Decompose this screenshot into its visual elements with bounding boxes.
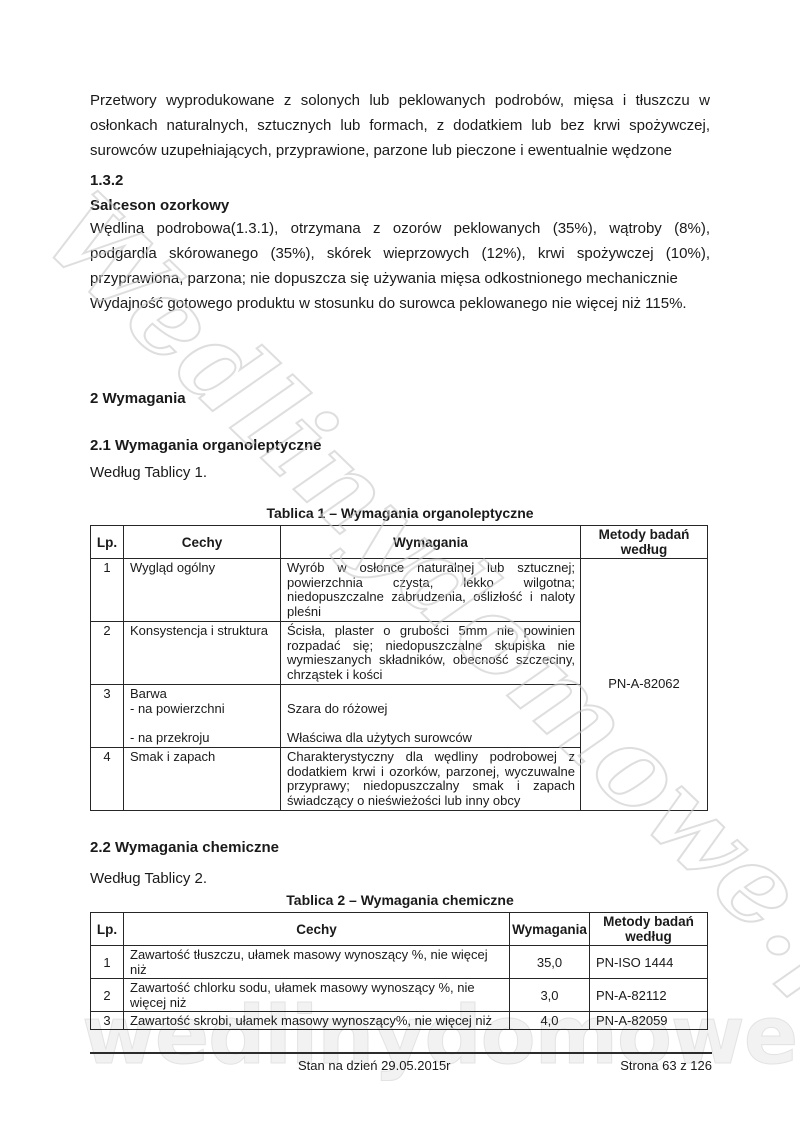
footer-page-number: Strona 63 z 126 — [620, 1058, 712, 1073]
t1-row4-lp: 4 — [91, 748, 124, 811]
t1-row1-cecha: Wygląd ogólny — [124, 559, 281, 622]
t1-row3-wymaganie: Szara do różowej Właściwa dla użytych su… — [281, 685, 581, 748]
t1-row2-lp: 2 — [91, 622, 124, 685]
t1-row3-lp: 3 — [91, 685, 124, 748]
table-2-header-row: Lp. Cechy Wymagania Metody badań według — [91, 913, 708, 946]
intro-paragraph: Przetwory wyprodukowane z solonych lub p… — [90, 88, 710, 163]
table-row: 3 Zawartość skrobi, ułamek masowy wynosz… — [91, 1012, 708, 1030]
table-row: 2 Zawartość chlorku sodu, ułamek masowy … — [91, 979, 708, 1012]
t2-row1-metoda: PN-ISO 1444 — [590, 946, 708, 979]
footer-date-text: Stan na dzień 29.05.2015r — [298, 1058, 451, 1073]
t1-header-cechy: Cechy — [124, 526, 281, 559]
t1-row1-lp: 1 — [91, 559, 124, 622]
chemical-requirements-table: Lp. Cechy Wymagania Metody badań według … — [90, 912, 708, 1030]
t1-header-lp: Lp. — [91, 526, 124, 559]
t2-row1-lp: 1 — [91, 946, 124, 979]
t1-row2-wymaganie: Ścisła, plaster o grubości 5mm nie powin… — [281, 622, 581, 685]
t2-row1-wymaganie: 35,0 — [510, 946, 590, 979]
t2-header-wymagania: Wymagania — [510, 913, 590, 946]
t2-header-metody: Metody badań według — [590, 913, 708, 946]
footer-divider — [90, 1052, 712, 1054]
t1-metoda-cell: PN-A-82062 — [581, 559, 708, 811]
t2-row3-cecha: Zawartość skrobi, ułamek masowy wynosząc… — [124, 1012, 510, 1030]
t2-row3-metoda: PN-A-82059 — [590, 1012, 708, 1030]
according-to-table-2-text: Według Tablicy 2. — [90, 868, 710, 889]
t1-header-metody: Metody badań według — [581, 526, 708, 559]
t2-row2-cecha: Zawartość chlorku sodu, ułamek masowy wy… — [124, 979, 510, 1012]
section-2-heading: 2 Wymagania — [90, 388, 710, 409]
document-page: wedlinydomowe.pl Przetwory wyprodukowane… — [0, 0, 800, 1132]
section-2-1-heading: 2.1 Wymagania organoleptyczne — [90, 435, 710, 456]
table-2-caption: Tablica 2 – Wymagania chemiczne — [90, 892, 710, 909]
organoleptic-requirements-table: Lp. Cechy Wymagania Metody badań według … — [90, 525, 708, 811]
table-row: 1 Wygląd ogólny Wyrób w osłonce naturaln… — [91, 559, 708, 622]
table-1-caption: Tablica 1 – Wymagania organoleptyczne — [90, 505, 710, 522]
page-footer: Stan na dzień 29.05.2015r Strona 63 z 12… — [90, 1052, 712, 1054]
table-row: 1 Zawartość tłuszczu, ułamek masowy wyno… — [91, 946, 708, 979]
yield-note-paragraph: Wydajność gotowego produktu w stosunku d… — [90, 291, 710, 316]
t2-row3-lp: 3 — [91, 1012, 124, 1030]
t1-row4-cecha: Smak i zapach — [124, 748, 281, 811]
t2-header-cechy: Cechy — [124, 913, 510, 946]
product-description-paragraph: Wędlina podrobowa(1.3.1), otrzymana z oz… — [90, 216, 710, 291]
t2-row1-cecha: Zawartość tłuszczu, ułamek masowy wynosz… — [124, 946, 510, 979]
section-2-2-heading: 2.2 Wymagania chemiczne — [90, 837, 710, 858]
t2-header-lp: Lp. — [91, 913, 124, 946]
table-1-header-row: Lp. Cechy Wymagania Metody badań według — [91, 526, 708, 559]
document-content: Przetwory wyprodukowane z solonych lub p… — [0, 0, 800, 1030]
t1-row2-cecha: Konsystencja i struktura — [124, 622, 281, 685]
t2-row2-lp: 2 — [91, 979, 124, 1012]
according-to-table-1-text: Według Tablicy 1. — [90, 462, 710, 483]
t1-row1-wymaganie: Wyrób w osłonce naturalnej lub sztucznej… — [281, 559, 581, 622]
t2-row2-metoda: PN-A-82112 — [590, 979, 708, 1012]
t2-row3-wymaganie: 4,0 — [510, 1012, 590, 1030]
product-title-heading: Salceson ozorkowy — [90, 195, 710, 216]
t1-row4-wymaganie: Charakterystyczny dla wędliny podrobowej… — [281, 748, 581, 811]
section-number-heading: 1.3.2 — [90, 170, 710, 191]
t2-row2-wymaganie: 3,0 — [510, 979, 590, 1012]
t1-row3-cecha: Barwa - na powierzchni - na przekroju — [124, 685, 281, 748]
t1-header-wymagania: Wymagania — [281, 526, 581, 559]
